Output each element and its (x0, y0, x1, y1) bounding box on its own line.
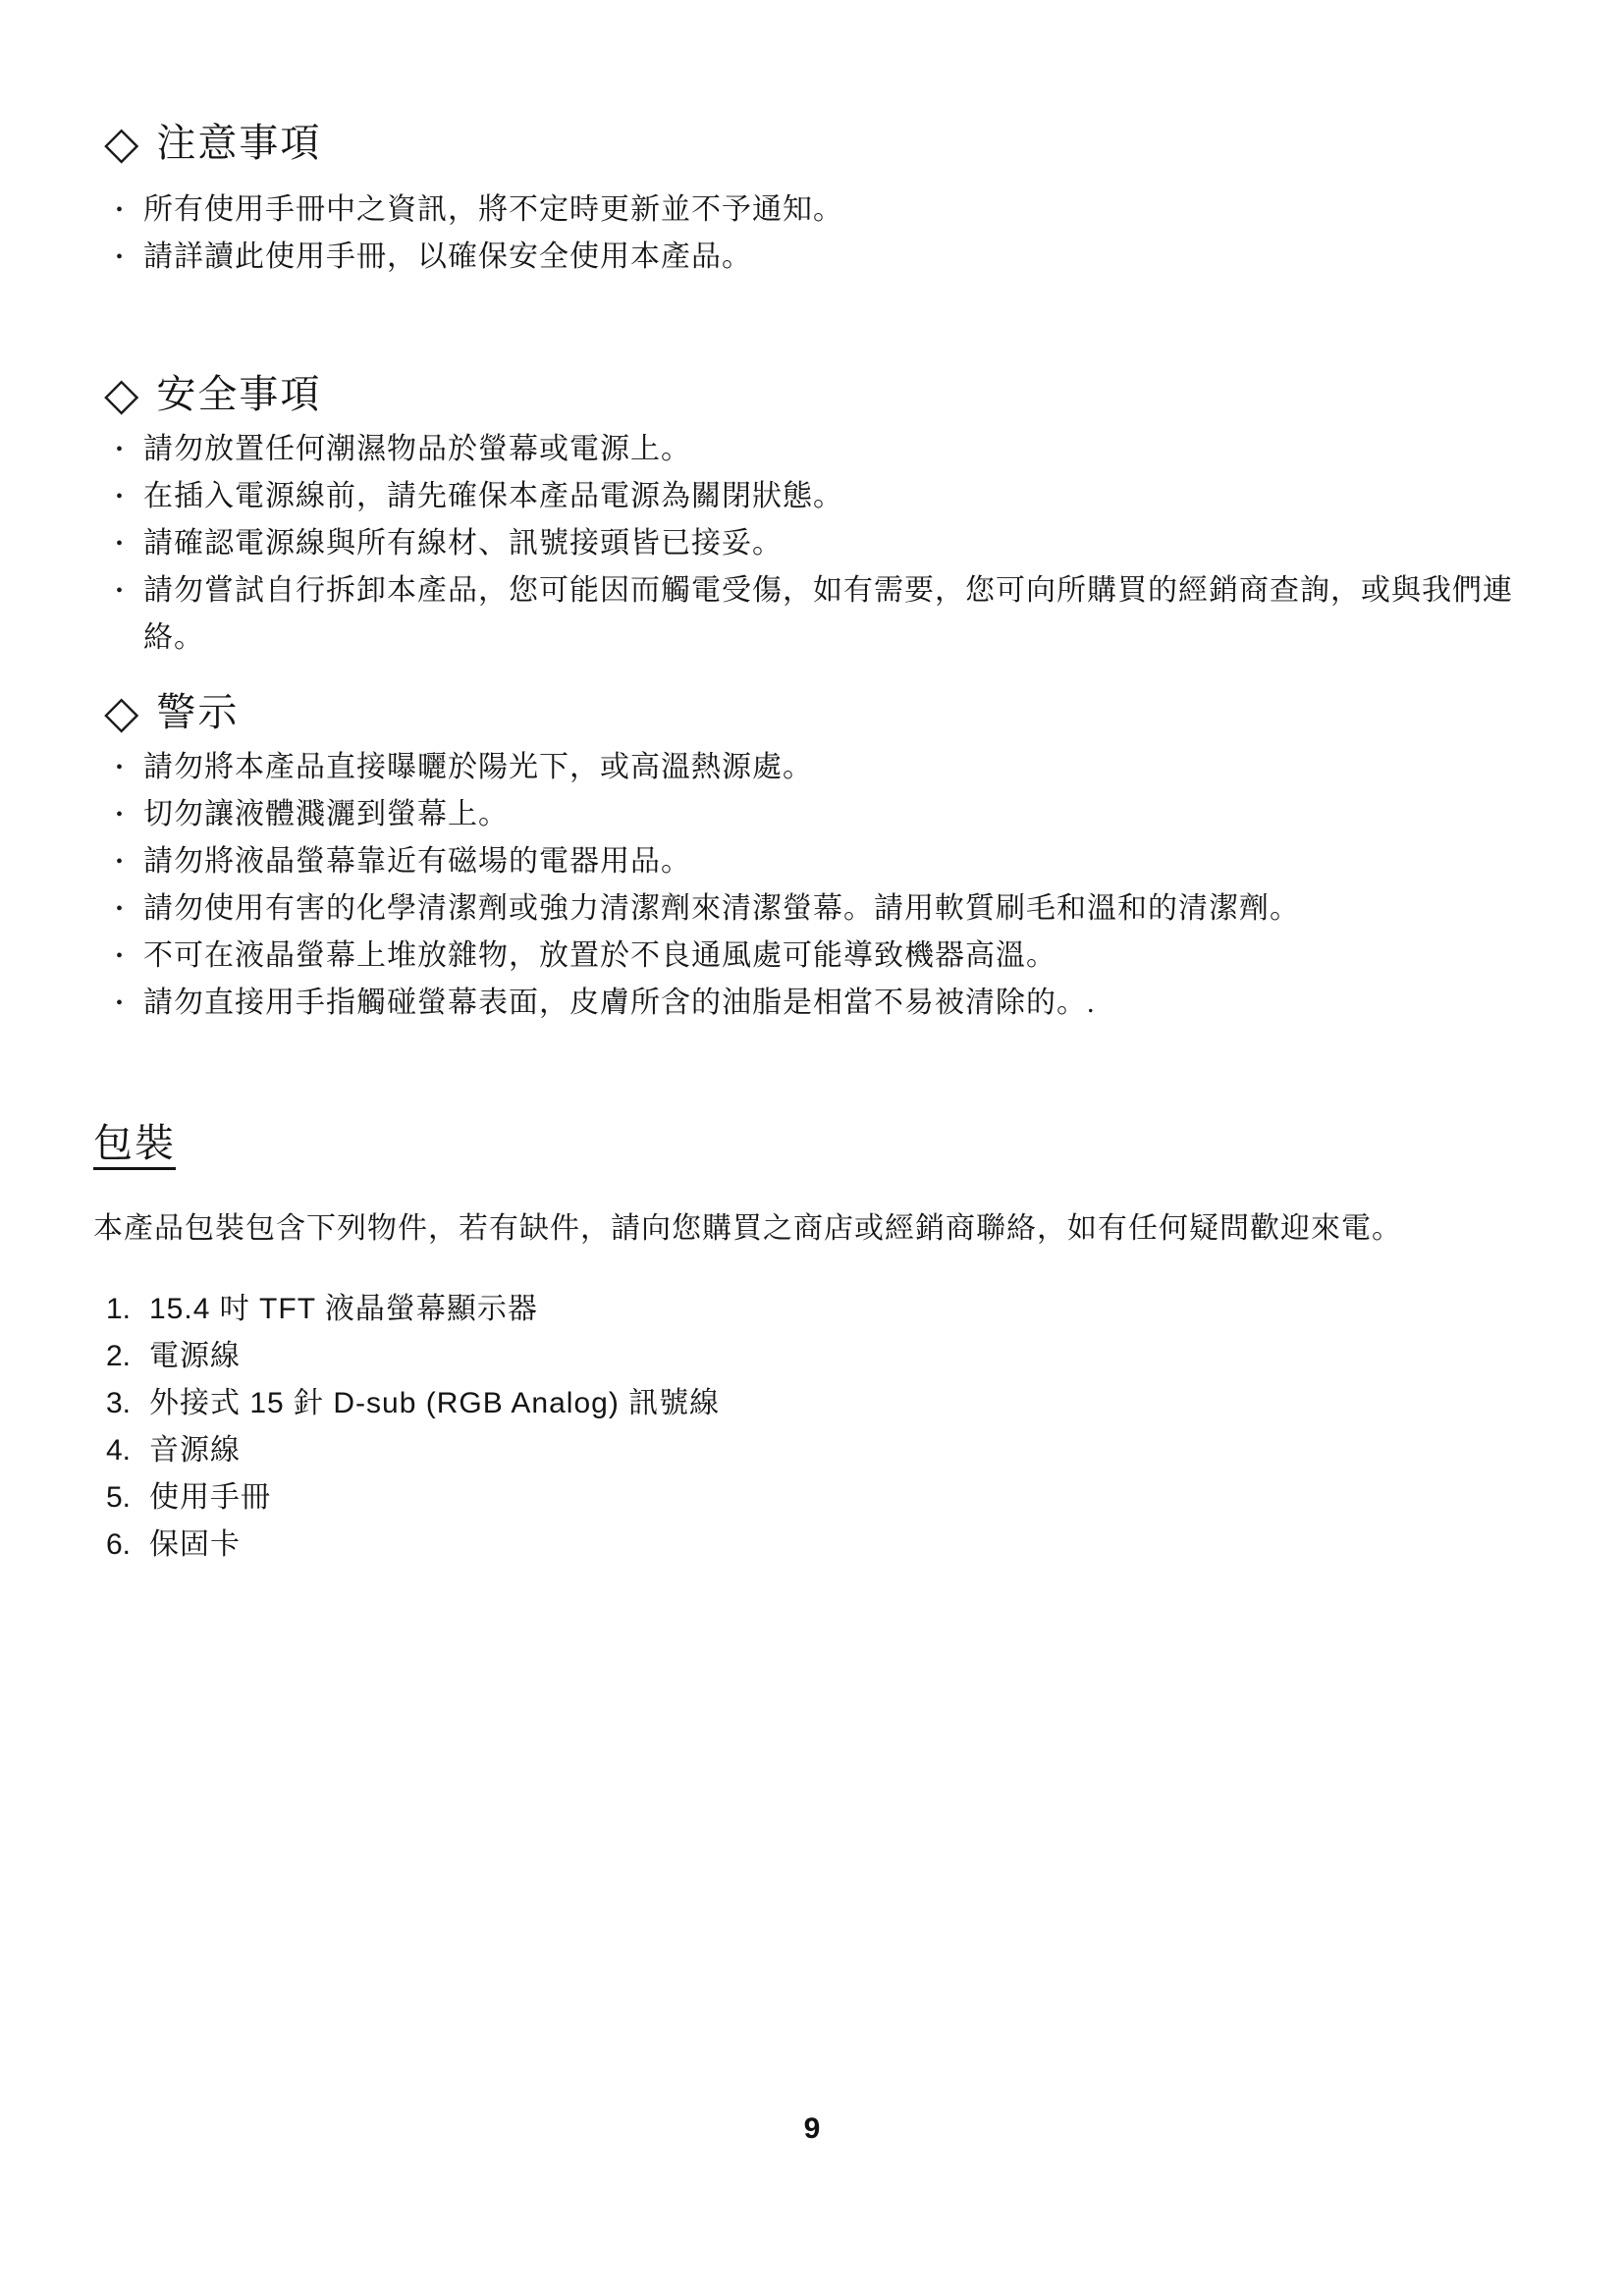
section-title: 警示 (156, 687, 239, 738)
list-item-text: 外接式 15 針 D-sub (RGB Analog) 訊號線 (149, 1380, 720, 1427)
bullet-item: • 請勿使用有害的化學清潔劑或強力清潔劑來清潔螢幕。請用軟質刷毛和溫和的清潔劑。 (0, 885, 1624, 933)
packaging-list: 1. 15.4 吋 TFT 液晶螢幕顯示器 2. 電源線 3. 外接式 15 針… (0, 1286, 1624, 1569)
packaging-intro: 本產品包裝包含下列物件，若有缺件，請向您購買之商店或經銷商聯絡，如有任何疑問歡迎… (93, 1205, 1536, 1253)
list-item: 1. 15.4 吋 TFT 液晶螢幕顯示器 (0, 1286, 1624, 1333)
section-title: 注意事項 (156, 118, 321, 169)
section-packaging: 包裝 本產品包裝包含下列物件，若有缺件，請向您購買之商店或經銷商聯絡，如有任何疑… (0, 1119, 1624, 1569)
diamond-icon: ◇ (104, 118, 138, 169)
packaging-title: 包裝 (93, 1119, 176, 1170)
diamond-icon: ◇ (104, 687, 138, 738)
diamond-icon: ◇ (104, 369, 138, 420)
bullet-item: • 所有使用手冊中之資訊，將不定時更新並不予通知。 (0, 187, 1624, 234)
bullet-dot-icon: • (116, 791, 143, 838)
bullet-item: • 不可在液晶螢幕上堆放雜物，放置於不良通風處可能導致機器高溫。 (0, 933, 1624, 980)
manual-page: ◇ 注意事項 • 所有使用手冊中之資訊，將不定時更新並不予通知。 • 請詳讀此使… (0, 0, 1624, 2296)
list-item-text: 音源線 (149, 1427, 241, 1474)
bullet-list: • 請勿將本產品直接曝曬於陽光下，或高溫熱源處。 • 切勿讓液體濺灑到螢幕上。 … (0, 744, 1624, 1027)
bullet-dot-icon: • (116, 980, 143, 1027)
list-item-number: 4. (106, 1427, 149, 1474)
bullet-text: 請勿將本產品直接曝曬於陽光下，或高溫熱源處。 (143, 744, 1545, 791)
bullet-dot-icon: • (116, 234, 143, 281)
bullet-dot-icon: • (116, 473, 143, 520)
bullet-dot-icon: • (116, 567, 143, 662)
bullet-item: • 切勿讓液體濺灑到螢幕上。 (0, 791, 1624, 838)
bullet-item: • 請確認電源線與所有線材、訊號接頭皆已接妥。 (0, 520, 1624, 567)
bullet-item: • 請勿放置任何潮濕物品於螢幕或電源上。 (0, 426, 1624, 473)
bullet-dot-icon: • (116, 187, 143, 234)
list-item-number: 5. (106, 1474, 149, 1522)
list-item-text: 電源線 (149, 1333, 241, 1380)
bullet-text: 切勿讓液體濺灑到螢幕上。 (143, 791, 1545, 838)
bullet-text: 請勿嘗試自行拆卸本產品，您可能因而觸電受傷，如有需要，您可向所購買的經銷商查詢，… (143, 567, 1545, 662)
section-warning: ◇ 警示 • 請勿將本產品直接曝曬於陽光下，或高溫熱源處。 • 切勿讓液體濺灑到… (0, 687, 1624, 1027)
bullet-item: • 請詳讀此使用手冊，以確保安全使用本產品。 (0, 234, 1624, 281)
list-item: 5. 使用手冊 (0, 1474, 1624, 1522)
bullet-text: 請確認電源線與所有線材、訊號接頭皆已接妥。 (143, 520, 1545, 567)
page-number: 9 (0, 2112, 1624, 2146)
list-item-text: 保固卡 (149, 1522, 241, 1569)
bullet-dot-icon: • (116, 838, 143, 885)
section-heading-notice: ◇ 注意事項 (0, 118, 1624, 169)
section-heading-warning: ◇ 警示 (0, 687, 1624, 738)
bullet-dot-icon: • (116, 885, 143, 933)
list-item: 2. 電源線 (0, 1333, 1624, 1380)
bullet-list: • 請勿放置任何潮濕物品於螢幕或電源上。 • 在插入電源線前，請先確保本產品電源… (0, 426, 1624, 662)
bullet-item: • 請勿嘗試自行拆卸本產品，您可能因而觸電受傷，如有需要，您可向所購買的經銷商查… (0, 567, 1624, 662)
list-item-text: 15.4 吋 TFT 液晶螢幕顯示器 (149, 1286, 538, 1333)
bullet-item: • 請勿直接用手指觸碰螢幕表面，皮膚所含的油脂是相當不易被清除的。. (0, 980, 1624, 1027)
list-item: 6. 保固卡 (0, 1522, 1624, 1569)
bullet-item: • 在插入電源線前，請先確保本產品電源為關閉狀態。 (0, 473, 1624, 520)
bullet-text: 在插入電源線前，請先確保本產品電源為關閉狀態。 (143, 473, 1545, 520)
list-item-text: 使用手冊 (149, 1474, 271, 1522)
bullet-text: 不可在液晶螢幕上堆放雜物，放置於不良通風處可能導致機器高溫。 (143, 933, 1545, 980)
bullet-text: 請詳讀此使用手冊，以確保安全使用本產品。 (143, 234, 1545, 281)
list-item-number: 2. (106, 1333, 149, 1380)
bullet-text: 請勿放置任何潮濕物品於螢幕或電源上。 (143, 426, 1545, 473)
section-notice: ◇ 注意事項 • 所有使用手冊中之資訊，將不定時更新並不予通知。 • 請詳讀此使… (0, 118, 1624, 281)
bullet-text: 所有使用手冊中之資訊，將不定時更新並不予通知。 (143, 187, 1545, 234)
bullet-dot-icon: • (116, 520, 143, 567)
bullet-list: • 所有使用手冊中之資訊，將不定時更新並不予通知。 • 請詳讀此使用手冊，以確保… (0, 187, 1624, 281)
bullet-item: • 請勿將液晶螢幕靠近有磁場的電器用品。 (0, 838, 1624, 885)
section-title: 安全事項 (156, 369, 321, 420)
list-item-number: 3. (106, 1380, 149, 1427)
bullet-dot-icon: • (116, 744, 143, 791)
bullet-text: 請勿使用有害的化學清潔劑或強力清潔劑來清潔螢幕。請用軟質刷毛和溫和的清潔劑。 (143, 885, 1545, 933)
bullet-dot-icon: • (116, 426, 143, 473)
list-item-number: 1. (106, 1286, 149, 1333)
bullet-dot-icon: • (116, 933, 143, 980)
section-safety: ◇ 安全事項 • 請勿放置任何潮濕物品於螢幕或電源上。 • 在插入電源線前，請先… (0, 369, 1624, 662)
list-item: 3. 外接式 15 針 D-sub (RGB Analog) 訊號線 (0, 1380, 1624, 1427)
list-item-number: 6. (106, 1522, 149, 1569)
bullet-text: 請勿將液晶螢幕靠近有磁場的電器用品。 (143, 838, 1545, 885)
bullet-text: 請勿直接用手指觸碰螢幕表面，皮膚所含的油脂是相當不易被清除的。. (143, 980, 1545, 1027)
section-heading-safety: ◇ 安全事項 (0, 369, 1624, 420)
list-item: 4. 音源線 (0, 1427, 1624, 1474)
bullet-item: • 請勿將本產品直接曝曬於陽光下，或高溫熱源處。 (0, 744, 1624, 791)
